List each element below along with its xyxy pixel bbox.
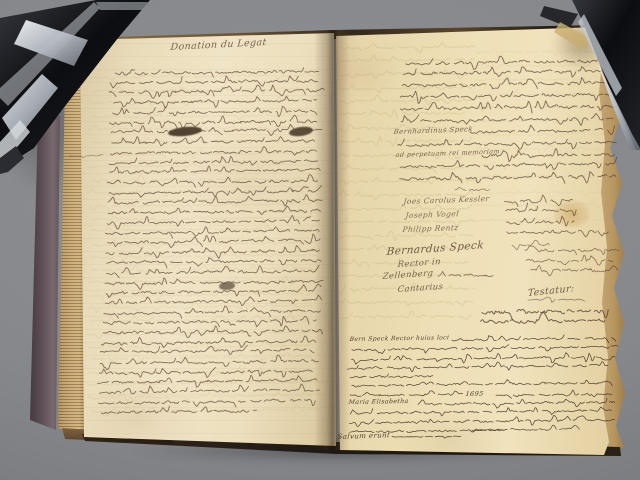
script-line — [109, 115, 316, 128]
script-line — [352, 353, 615, 364]
script-line — [400, 91, 616, 103]
script-line — [481, 312, 605, 323]
witness-2: Joseph Vogel — [405, 209, 459, 220]
script-line — [108, 206, 320, 214]
script-line — [455, 187, 489, 190]
script-line — [339, 110, 464, 119]
script-line — [352, 345, 618, 354]
script-line — [107, 216, 319, 229]
script-line — [109, 85, 324, 98]
script-line — [90, 96, 316, 106]
script-line — [113, 106, 317, 116]
latin-year: 1695 — [465, 390, 484, 398]
script-line — [99, 399, 315, 407]
script-line — [512, 240, 549, 249]
script-line — [452, 335, 616, 343]
script-line — [335, 69, 471, 78]
script-line — [496, 390, 612, 398]
script-line — [400, 172, 616, 184]
script-line — [507, 216, 575, 226]
script-line — [109, 156, 318, 165]
script-line — [111, 124, 322, 135]
script-line — [392, 436, 461, 438]
script-line — [476, 191, 606, 195]
script-line — [350, 374, 433, 378]
script-line — [91, 224, 314, 231]
script-line — [507, 230, 609, 237]
script-line — [350, 391, 463, 396]
script-line — [110, 76, 317, 88]
script-line — [103, 326, 322, 338]
script-line — [341, 311, 471, 319]
script-line — [474, 203, 609, 209]
clip-shadow — [540, 8, 624, 80]
script-line — [339, 178, 475, 184]
script-line — [352, 380, 613, 387]
script-line — [93, 240, 314, 249]
script-line — [531, 265, 618, 276]
script-line — [349, 416, 614, 427]
script-line — [478, 215, 608, 223]
script-line — [347, 362, 608, 372]
script-line — [105, 295, 321, 305]
script-line — [338, 299, 473, 306]
script-line — [482, 149, 614, 162]
script-line — [526, 255, 613, 265]
script-line — [107, 258, 322, 268]
manuscript-photograph: Donation du LegatJoes Carolus KesslerJos… — [0, 0, 640, 480]
latin-maria: Maria Elisabetha — [348, 398, 409, 406]
script-line — [69, 155, 103, 158]
bleed-through-layer — [87, 43, 612, 416]
script-line — [401, 114, 613, 126]
script-line — [108, 234, 321, 247]
script-line — [418, 398, 615, 408]
script-line — [525, 246, 619, 255]
script-line — [339, 43, 475, 53]
script-line — [88, 302, 315, 313]
script-line — [470, 125, 615, 135]
script-line — [338, 84, 471, 93]
script-line — [350, 407, 611, 416]
script-line — [401, 101, 618, 113]
script-line — [472, 425, 579, 431]
script-line — [110, 166, 321, 174]
